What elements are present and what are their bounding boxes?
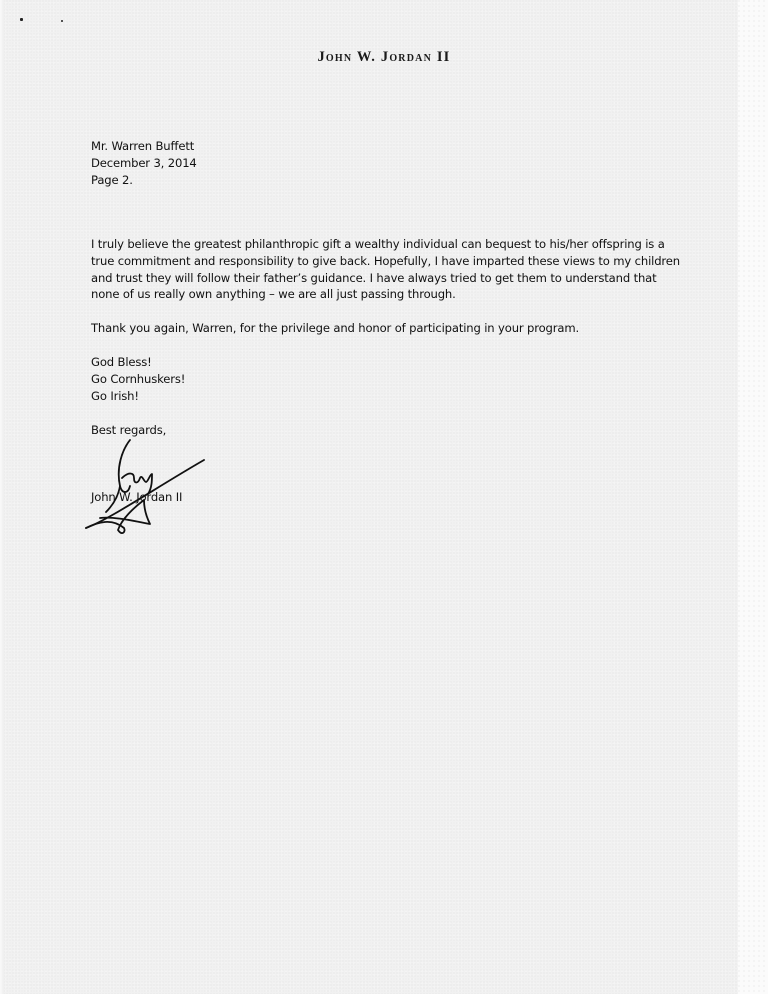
letterhead-name: John W. Jordan II <box>0 49 768 66</box>
letter-page: John W. Jordan II Mr. Warren Buffett Dec… <box>0 0 768 994</box>
thanks-line: Thank you again, Warren, for the privile… <box>91 320 579 337</box>
scan-speck <box>61 20 63 22</box>
scan-noise-margin <box>738 0 768 994</box>
closing-line: God Bless! <box>91 354 185 371</box>
recipient-block: Mr. Warren Buffett December 3, 2014 Page… <box>91 138 197 188</box>
closing-line: Go Cornhuskers! <box>91 371 185 388</box>
closing-lines: God Bless! Go Cornhuskers! Go Irish! <box>91 354 185 404</box>
closing-line: Go Irish! <box>91 388 185 405</box>
letter-date: December 3, 2014 <box>91 155 197 172</box>
recipient-name: Mr. Warren Buffett <box>91 138 197 155</box>
scan-edge <box>0 0 4 994</box>
page-number: Page 2. <box>91 172 197 189</box>
signature-icon <box>82 438 212 538</box>
paragraph-line: I truly believe the greatest philanthrop… <box>91 236 711 253</box>
paragraph-line: true commitment and responsibility to gi… <box>91 253 711 270</box>
paragraph-line: none of us really own anything – we are … <box>91 286 711 303</box>
paragraph-line: and trust they will follow their father’… <box>91 270 711 287</box>
body-paragraph: I truly believe the greatest philanthrop… <box>91 236 711 303</box>
valediction: Best regards, <box>91 422 166 439</box>
scan-speck <box>20 18 23 21</box>
